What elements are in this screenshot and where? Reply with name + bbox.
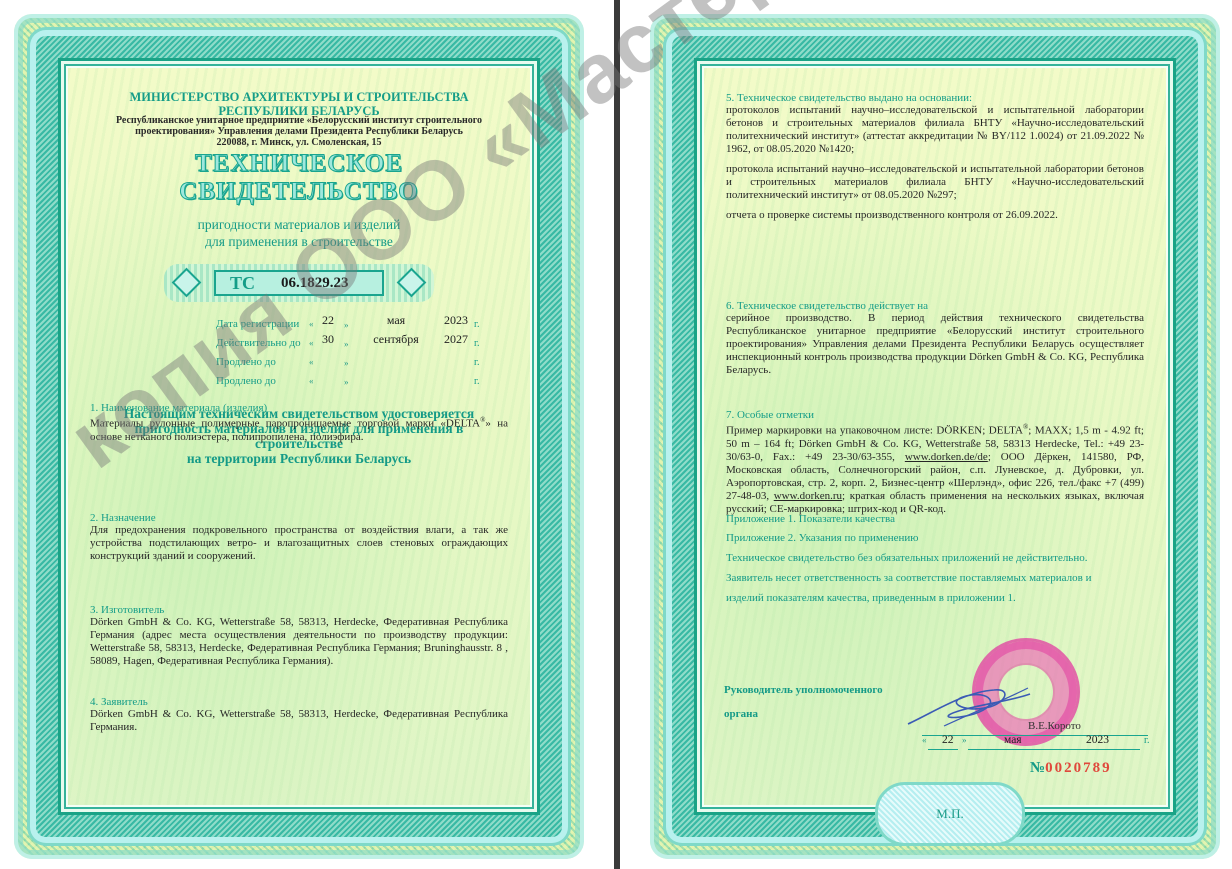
quote-open: « [309,319,314,329]
date-row: Продлено до«»г. [216,371,476,390]
date-day: 22 [322,313,334,328]
quote-close: » [344,339,349,349]
appendices-and-notes: Приложение 1. Показатели качества Прилож… [726,513,1144,608]
page-divider [614,0,620,869]
date-month: мая [356,313,436,328]
certificate-page-front: МИНИСТЕРСТВО АРХИТЕКТУРЫ И СТРОИТЕЛЬСТВА… [14,14,584,859]
section-validity-scope: 6. Техническое свидетельство действует н… [726,300,1144,377]
date-row: Продлено до«»г. [216,352,476,371]
signature-year: 2023 [1086,734,1109,746]
date-row: Действительно до«30»сентября2027г. [216,333,476,352]
date-suffix: г. [474,376,479,387]
certificate-number-box: ТС 06.1829.23 [214,270,384,296]
certificate-prefix: ТС [230,273,255,294]
section-purpose: 2. Назначение Для предохранения подкрове… [90,512,508,563]
signer-name: В.Е.Корото [1028,720,1081,732]
document-subtitle: пригодности материалов и изделий для при… [90,216,508,250]
date-suffix: г. [474,357,479,368]
signature-icon [904,682,1034,732]
section-special-notes: 7. Особые отметки Пример маркировки на у… [726,409,1144,516]
note-responsibility-1: Заявитель несет ответственность за соотв… [726,568,1144,588]
section-applicant: 4. Заявитель Dörken GmbH & Co. KG, Wette… [90,696,508,734]
ministry-header: МИНИСТЕРСТВО АРХИТЕКТУРЫ И СТРОИТЕЛЬСТВА… [90,90,508,118]
section-manufacturer: 3. Изготовитель Dörken GmbH & Co. KG, We… [90,604,508,668]
signature-month: мая [1004,734,1022,746]
diamond-ornament-icon [172,268,202,298]
dorken-de-link[interactable]: www.dorken.de/de [905,451,988,463]
document-title: ТЕХНИЧЕСКОЕ СВИДЕТЕЛЬСТВО [90,150,508,206]
date-row: Дата регистрации«22»мая2023г. [216,314,476,333]
quote-close: » [344,320,349,330]
note-validity: Техническое свидетельство без обязательн… [726,548,1144,568]
date-label: Продлено до [216,356,276,368]
appendix-1: Приложение 1. Показатели качества [726,513,1144,525]
certificate-page-back: 5. Техническое свидетельство выдано на о… [650,14,1220,859]
appendix-2: Приложение 2. Указания по применению [726,528,1144,548]
back-content: 5. Техническое свидетельство выдано на о… [704,68,1166,805]
date-label: Действительно до [216,337,301,349]
signatory-role: Руководитель уполномоченного органа [724,678,883,726]
quote-close: » [344,358,349,368]
section-material-name: 1. Наименование материала (изделия) Мате… [90,402,508,444]
date-month: сентября [356,332,436,347]
diamond-ornament-icon [397,268,427,298]
section-basis: 5. Техническое свидетельство выдано на о… [726,92,1144,222]
organization-header: Республиканское унитарное предприятие «Б… [90,115,508,148]
dates-table: Дата регистрации«22»мая2023г.Действитель… [216,314,476,390]
dorken-ru-link[interactable]: www.dorken.ru [774,490,842,502]
date-suffix: г. [474,338,479,349]
date-suffix: г. [474,319,479,330]
signature-day: 22 [942,734,954,746]
certificate-number: 06.1829.23 [281,275,349,292]
quote-close: » [344,377,349,387]
serial-number: №0020789 [1030,760,1112,777]
date-label: Продлено до [216,375,276,387]
date-label: Дата регистрации [216,318,299,330]
date-year: 2027 [444,332,468,347]
seal-placeholder: М.П. [875,782,1025,846]
quote-open: « [309,338,314,348]
certificate-number-band: ТС 06.1829.23 [164,264,434,302]
quote-open: « [309,376,314,386]
quote-open: « [309,357,314,367]
note-responsibility-2: изделий показателям качества, приведенны… [726,588,1144,608]
date-year: 2023 [444,313,468,328]
front-content: МИНИСТЕРСТВО АРХИТЕКТУРЫ И СТРОИТЕЛЬСТВА… [68,68,530,805]
signer-line [922,735,1148,736]
date-day: 30 [322,332,334,347]
